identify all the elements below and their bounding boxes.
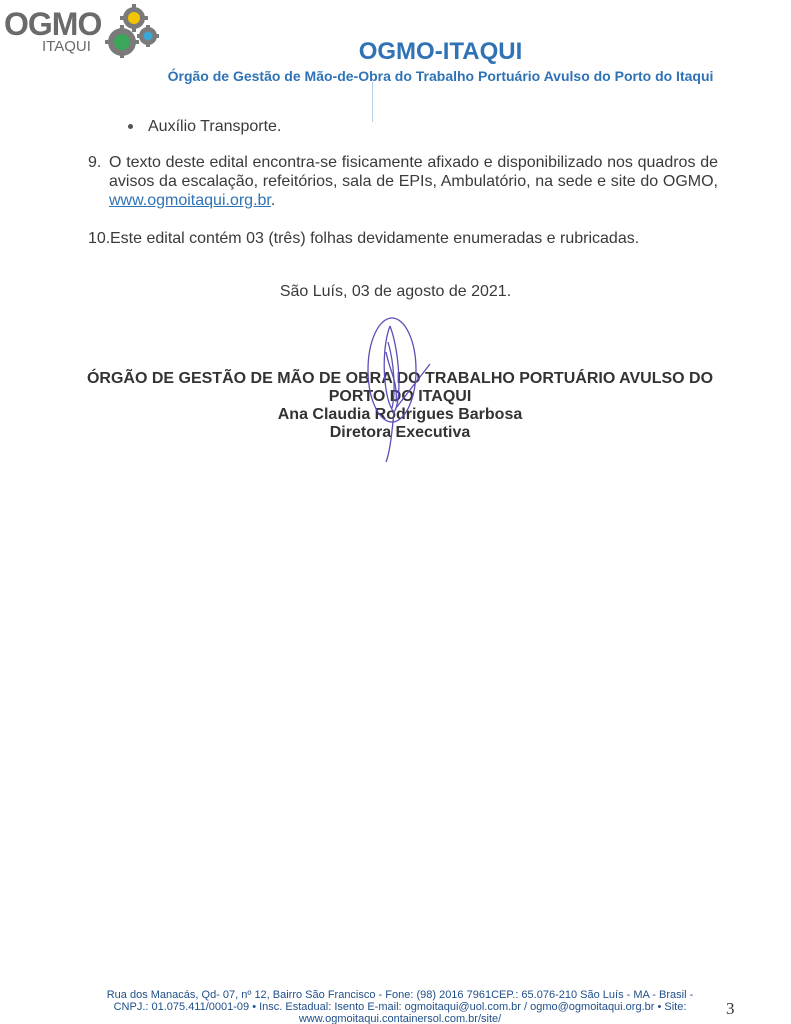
header-title: OGMO-ITAQUI — [0, 38, 791, 66]
bullet-item: Auxílio Transporte. — [148, 117, 281, 136]
item-number: 9. — [88, 153, 101, 172]
page-footer: Rua dos Manacás, Qd- 07, nº 12, Bairro S… — [60, 989, 740, 1024]
list-item-9: 9. O texto deste edital encontra-se fisi… — [88, 153, 718, 210]
page-number: 3 — [726, 999, 735, 1019]
bullet-text: Auxílio Transporte. — [148, 118, 281, 135]
list-item-10: 10. Este edital contém 03 (três) folhas … — [88, 229, 718, 248]
item-number: 10. — [88, 229, 110, 248]
footer-address: Rua dos Manacás, Qd- 07, nº 12, Bairro S… — [60, 989, 740, 1001]
page-fold-line — [372, 82, 373, 122]
handwritten-signature — [350, 312, 440, 472]
bullet-icon — [128, 124, 133, 129]
header-subtitle: Órgão de Gestão de Mão-de-Obra do Trabal… — [0, 68, 791, 84]
footer-contact: CNPJ.: 01.075.411/0001-09 • Insc. Estadu… — [60, 1001, 740, 1013]
date-line: São Luís, 03 de agosto de 2021. — [0, 283, 791, 301]
item-text: Este edital contém 03 (três) folhas devi… — [110, 229, 718, 248]
ogmo-website-link[interactable]: www.ogmoitaqui.org.br — [109, 192, 271, 209]
item-text: O texto deste edital encontra-se fisicam… — [109, 153, 718, 210]
footer-site: www.ogmoitaqui.containersol.com.br/site/ — [60, 1013, 740, 1024]
item-text-end: . — [271, 192, 275, 209]
item-text-part: O texto deste edital encontra-se fisicam… — [109, 154, 718, 190]
